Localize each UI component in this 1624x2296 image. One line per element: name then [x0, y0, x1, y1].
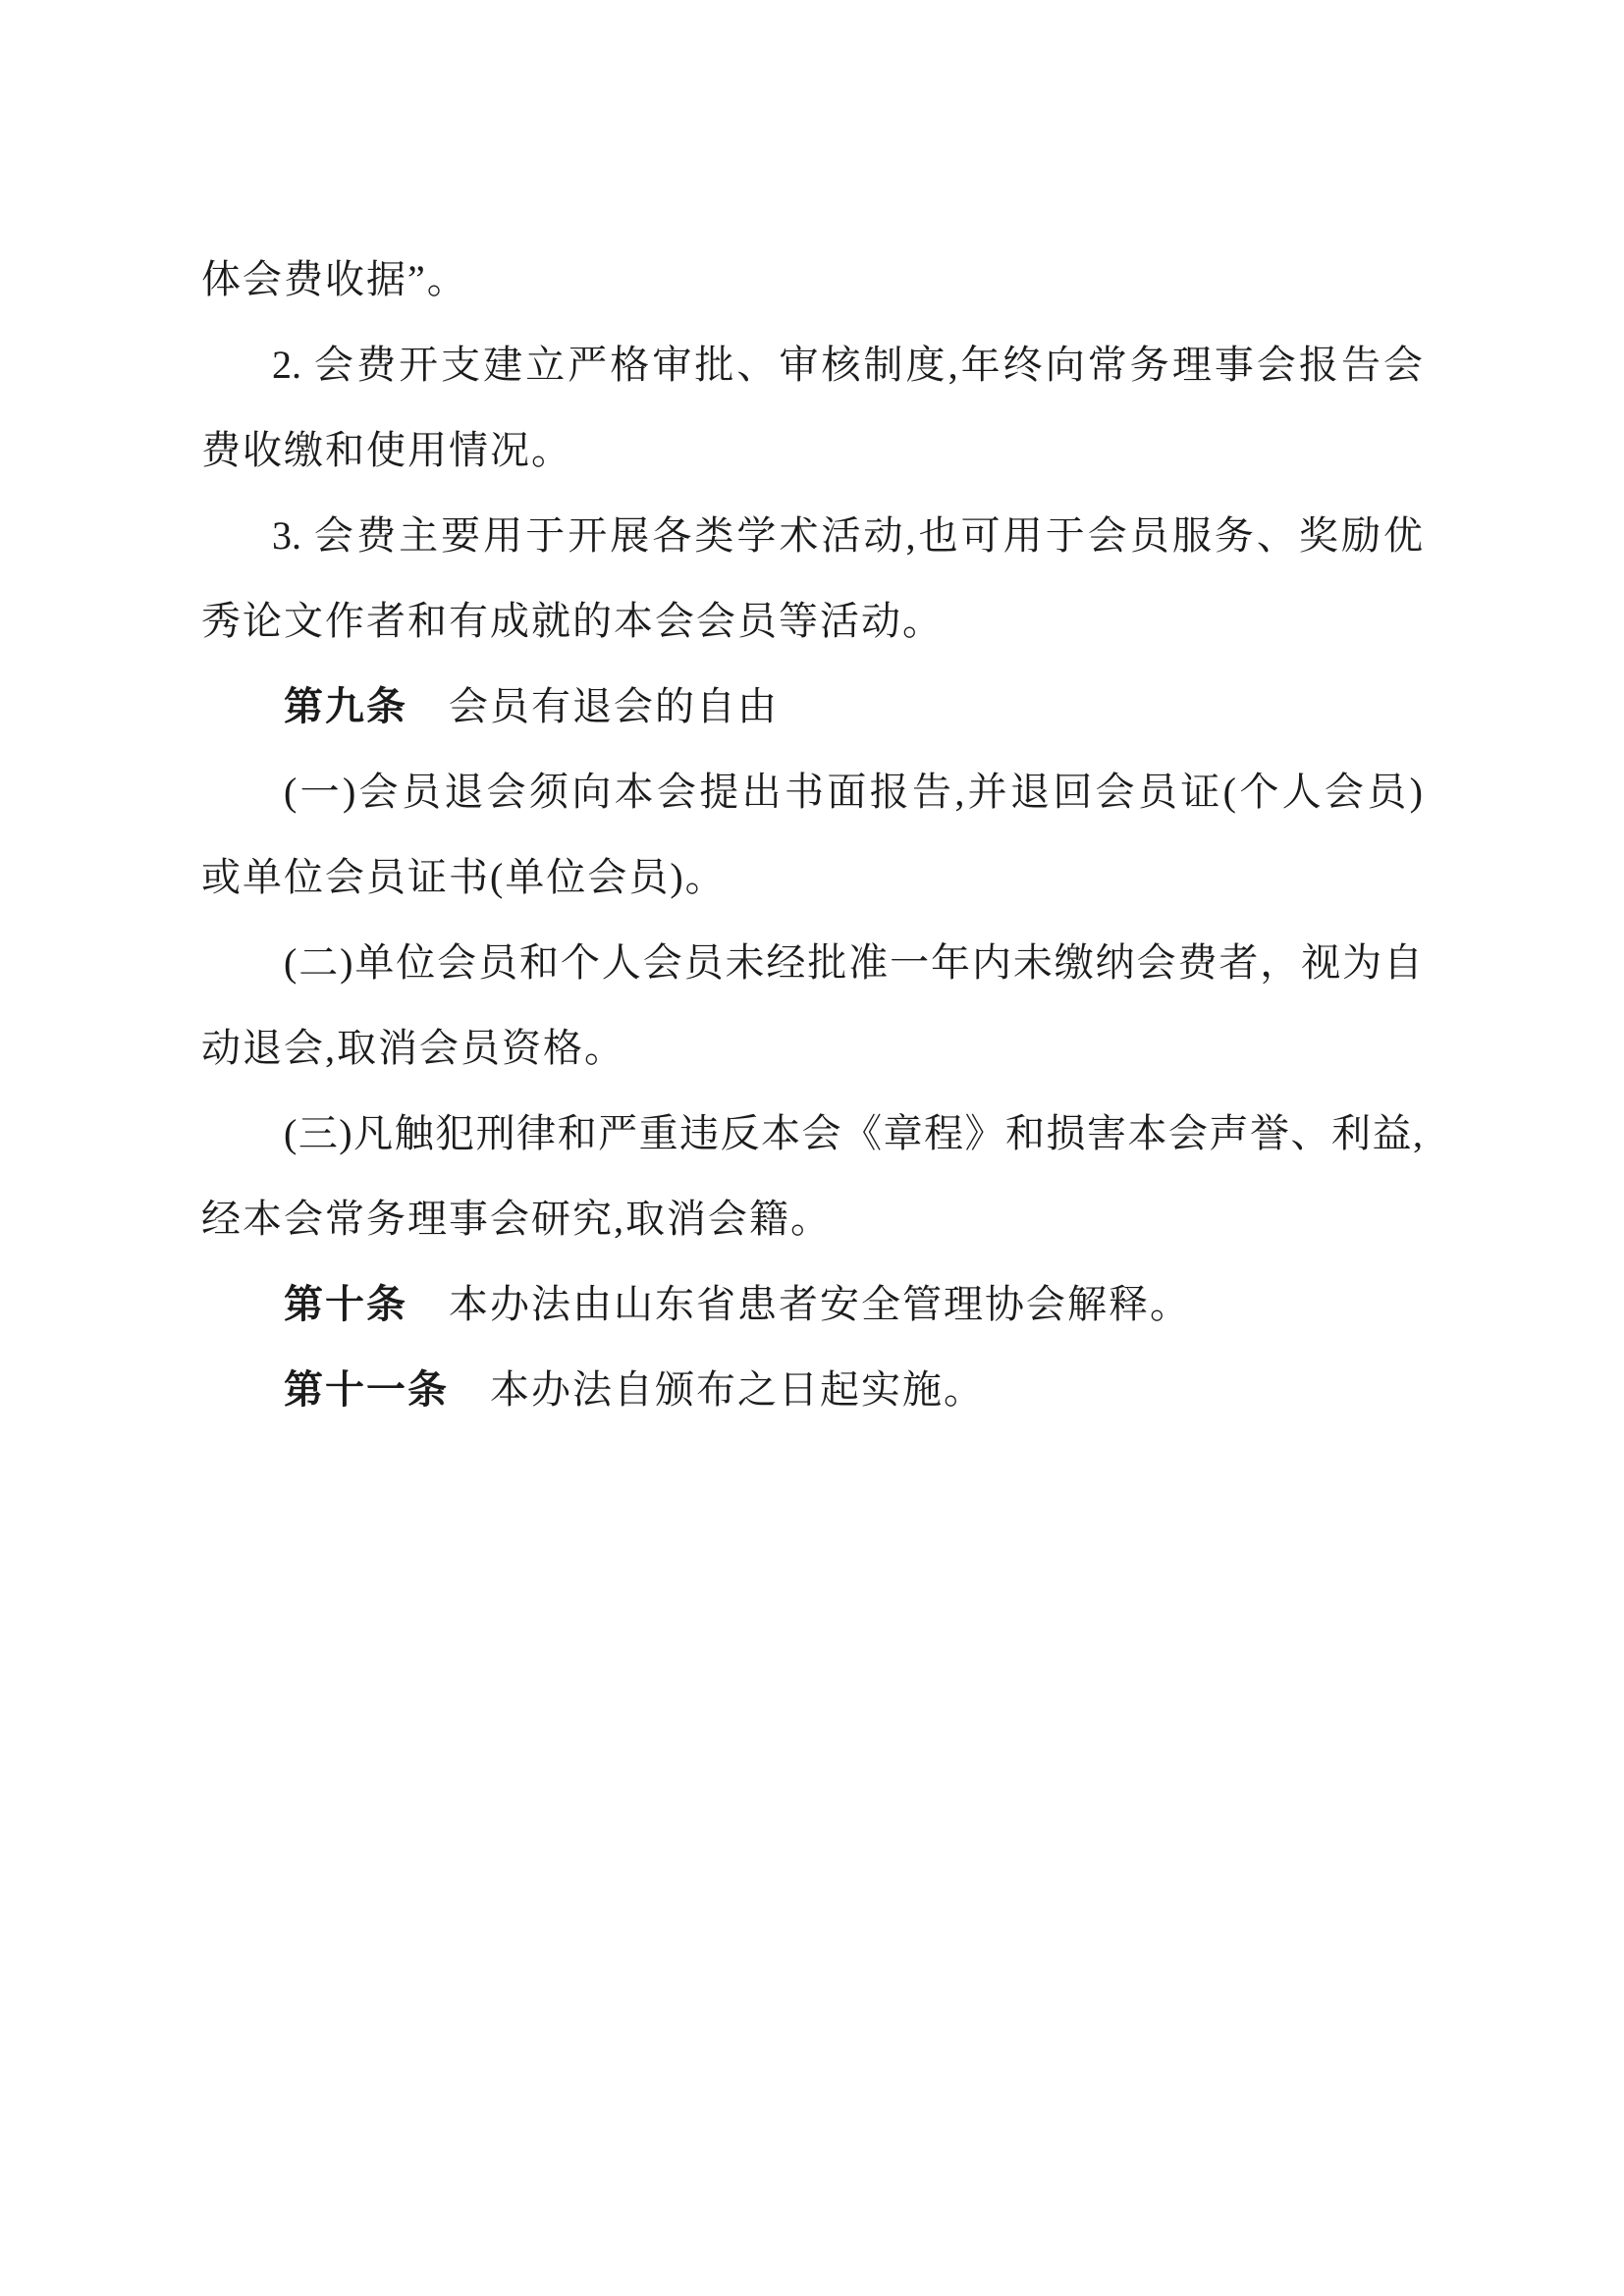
paragraph-continuation-line: 费收缴和使用情况。: [201, 407, 1423, 493]
line-text: 动退会,取消会员资格。: [201, 1026, 625, 1070]
paragraph-continuation-line: 经本会常务理事会研究,取消会籍。: [201, 1176, 1423, 1261]
article-9-heading-line: 第九条 会员有退会的自由: [201, 664, 1423, 749]
line-text: 秀论文作者和有成就的本会会员等活动。: [201, 599, 944, 643]
line-text: (三)凡触犯刑律和严重违反本会《章程》和损害本会声誉、利益,: [284, 1111, 1423, 1155]
article-number: 第十一条: [284, 1367, 449, 1412]
line-text: 会员有退会的自由: [407, 684, 779, 728]
line-text: 体会费收据”。: [201, 257, 468, 301]
line-text: 本办法自颁布之日起实施。: [449, 1367, 985, 1412]
line-text: (二)单位会员和个人会员未经批准一年内未缴纳会费者，视为自: [284, 940, 1423, 985]
numbered-item-line: 2. 会费开支建立严格审批、审核制度,年终向常务理事会报告会: [201, 322, 1423, 407]
line-text: 2. 会费开支建立严格审批、审核制度,年终向常务理事会报告会: [272, 343, 1423, 387]
article-number: 第十条: [284, 1282, 407, 1326]
paragraph-continuation-line: 体会费收据”。: [201, 237, 1423, 322]
line-text: 3. 会费主要用于开展各类学术活动,也可用于会员服务、奖励优: [272, 513, 1423, 558]
line-text: 经本会常务理事会研究,取消会籍。: [201, 1197, 832, 1241]
item-3-line: (三)凡触犯刑律和严重违反本会《章程》和损害本会声誉、利益,: [201, 1091, 1423, 1176]
paragraph-continuation-line: 或单位会员证书(单位会员)。: [201, 834, 1423, 920]
line-text: 本办法由山东省患者安全管理协会解释。: [407, 1282, 1191, 1326]
numbered-item-line: 3. 会费主要用于开展各类学术活动,也可用于会员服务、奖励优: [201, 493, 1423, 578]
document-page: 体会费收据”。 2. 会费开支建立严格审批、审核制度,年终向常务理事会报告会 费…: [0, 0, 1624, 2296]
item-1-line: (一)会员退会须向本会提出书面报告,并退回会员证(个人会员): [201, 749, 1423, 834]
line-text: (一)会员退会须向本会提出书面报告,并退回会员证(个人会员): [284, 770, 1423, 814]
line-text: 费收缴和使用情况。: [201, 428, 572, 472]
paragraph-continuation-line: 秀论文作者和有成就的本会会员等活动。: [201, 578, 1423, 664]
paragraph-continuation-line: 动退会,取消会员资格。: [201, 1005, 1423, 1091]
article-10-line: 第十条 本办法由山东省患者安全管理协会解释。: [201, 1261, 1423, 1347]
item-2-line: (二)单位会员和个人会员未经批准一年内未缴纳会费者，视为自: [201, 920, 1423, 1005]
article-11-line: 第十一条 本办法自颁布之日起实施。: [201, 1347, 1423, 1432]
line-text: 或单位会员证书(单位会员)。: [201, 855, 727, 899]
document-body: 体会费收据”。 2. 会费开支建立严格审批、审核制度,年终向常务理事会报告会 费…: [201, 237, 1423, 1432]
article-number: 第九条: [284, 684, 407, 728]
